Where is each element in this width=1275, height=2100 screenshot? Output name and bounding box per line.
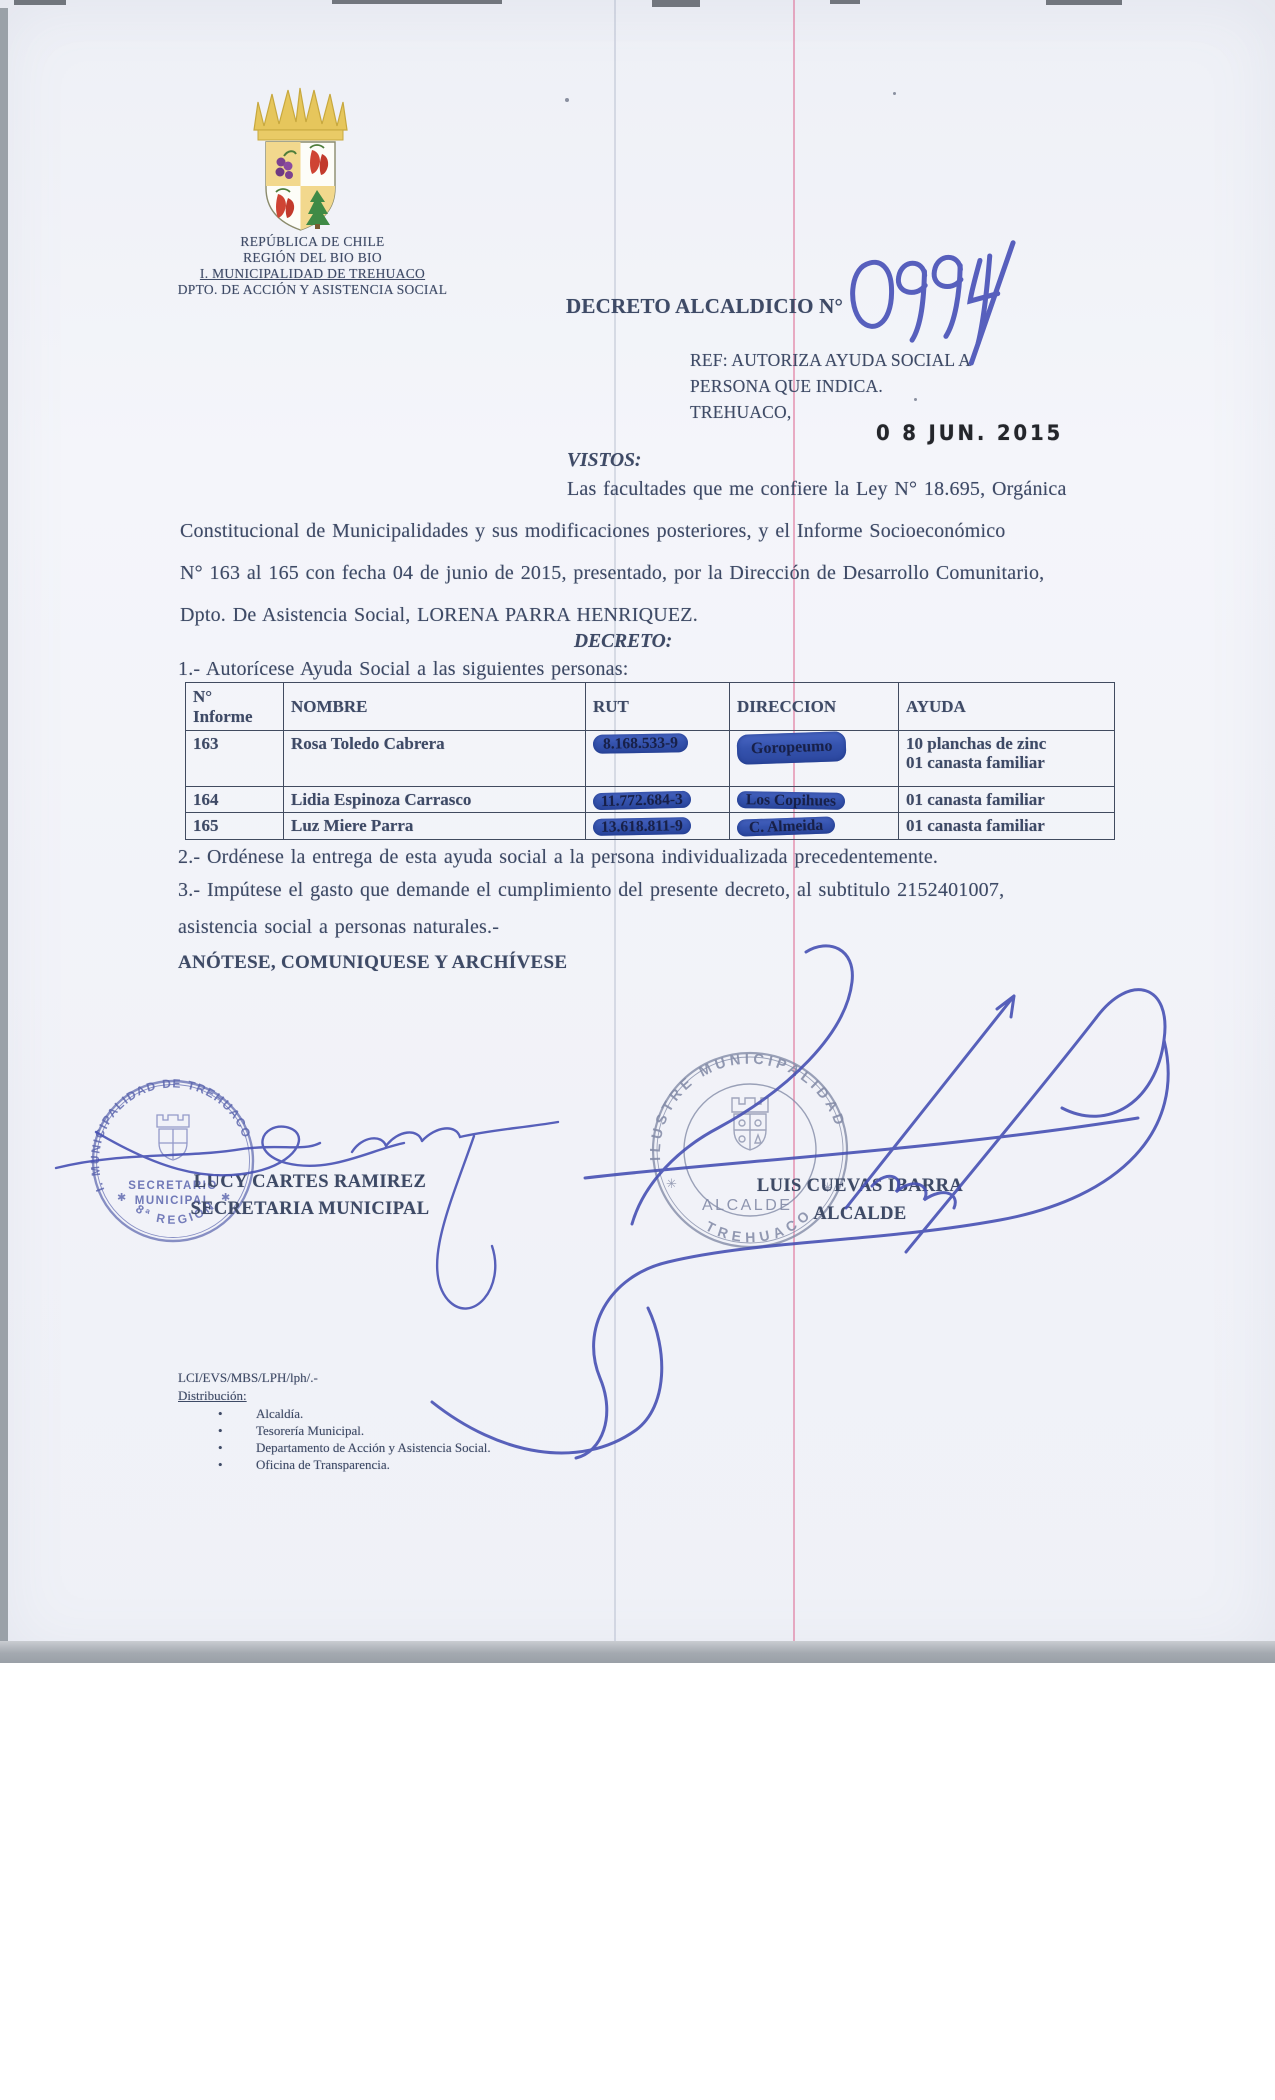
table-row: 163 Rosa Toledo Cabrera 8.168.533-9 Goro… (186, 731, 1115, 787)
table-row: 165 Luz Miere Parra 13.618.811-9 C. Alme… (186, 813, 1115, 840)
decreto-item-3: 3.- Impútese el gasto que demande el cum… (178, 879, 1004, 902)
cell-informe: 164 (186, 787, 284, 813)
date-stamp: 0 8 JUN. 2015 (876, 421, 1063, 445)
decreto-heading: DECRETO: (574, 631, 672, 653)
ref-line-1: REF: AUTORIZA AYUDA SOCIAL A (690, 350, 971, 371)
col-header-rut: RUT (586, 683, 730, 731)
distribution-item: •Alcaldía. (216, 1406, 303, 1422)
scan-speck (893, 92, 896, 95)
scan-speck (565, 98, 569, 102)
distribution-item-label: Oficina de Transparencia. (256, 1457, 390, 1472)
aid-table: N° Informe NOMBRE RUT DIRECCION AYUDA 16… (185, 682, 1115, 840)
cell-rut: 13.618.811-9 (586, 813, 730, 840)
distribution-item: •Oficina de Transparencia. (216, 1457, 390, 1473)
vistos-line: Dpto. De Asistencia Social, LORENA PARRA… (180, 604, 698, 627)
scan-bottom-shadow (0, 1641, 1275, 1663)
redaction-marker: C. Almeida (737, 817, 836, 838)
cell-direccion: Goropeumo (730, 731, 899, 787)
table-row: 164 Lidia Espinoza Carrasco 11.772.684-3… (186, 787, 1115, 813)
redaction-marker: Goropeumo (737, 731, 847, 765)
distribution-item-label: Alcaldía. (256, 1406, 303, 1421)
vistos-line: N° 163 al 165 con fecha 04 de junio de 2… (180, 562, 1044, 585)
bullet-icon: • (216, 1457, 256, 1473)
cell-ayuda: 10 planchas de zinc 01 canasta familiar (899, 731, 1115, 787)
decreto-item-2: 2.- Ordénese la entrega de esta ayuda so… (178, 846, 938, 869)
torn-edge-mark (332, 0, 502, 4)
torn-edge-mark (1046, 0, 1122, 5)
distribution-item: •Tesorería Municipal. (216, 1423, 364, 1439)
col-header-informe-line1: N° (193, 687, 276, 706)
scan-speck (914, 398, 917, 401)
ref-line-2: PERSONA QUE INDICA. (690, 376, 883, 397)
cell-rut: 11.772.684-3 (586, 787, 730, 813)
cell-nombre: Luz Miere Parra (284, 813, 586, 840)
distribution-item-label: Departamento de Acción y Asistencia Soci… (256, 1440, 491, 1455)
bullet-icon: • (216, 1440, 256, 1456)
torn-edge-mark (14, 0, 66, 5)
decreto-item-1: 1.- Autorícese Ayuda Social a las siguie… (178, 658, 628, 681)
rut-value: 13.618.811-9 (601, 818, 683, 836)
direccion-value: C. Almeida (749, 817, 824, 837)
cell-informe: 165 (186, 813, 284, 840)
redaction-marker: 13.618.811-9 (593, 817, 691, 836)
decree-title: DECRETO ALCALDICIO N° (566, 294, 843, 319)
distribution-item-label: Tesorería Municipal. (256, 1423, 364, 1438)
org-line-republica: REPÚBLICA DE CHILE (140, 234, 485, 250)
vistos-line: Las facultades que me confiere la Ley N°… (567, 478, 1067, 501)
secretaria-signature (56, 1122, 558, 1309)
responsibility-initials: LCI/EVS/MBS/LPH/lph/.- (178, 1370, 318, 1386)
bullet-icon: • (216, 1406, 256, 1422)
ayuda-line: 10 planchas de zinc (906, 734, 1107, 753)
direccion-value: Los Copihues (746, 791, 836, 810)
redaction-marker: Los Copihues (737, 791, 845, 810)
cell-informe: 163 (186, 731, 284, 787)
col-header-direccion: DIRECCION (730, 683, 899, 731)
table-header-row: N° Informe NOMBRE RUT DIRECCION AYUDA (186, 683, 1115, 731)
shield-icon (266, 142, 335, 230)
cell-direccion: C. Almeida (730, 813, 899, 840)
scanned-decree-page: REPÚBLICA DE CHILE REGIÓN DEL BIO BIO I.… (0, 0, 1275, 2100)
cell-nombre: Lidia Espinoza Carrasco (284, 787, 586, 813)
vistos-line: Constitucional de Municipalidades y sus … (180, 520, 1005, 543)
direccion-value: Goropeumo (751, 738, 833, 758)
cell-nombre: Rosa Toledo Cabrera (284, 731, 586, 787)
org-line-depto: DPTO. DE ACCIÓN Y ASISTENCIA SOCIAL (140, 282, 485, 298)
col-header-informe-line2: Informe (193, 707, 276, 726)
cell-direccion: Los Copihues (730, 787, 899, 813)
cell-ayuda: 01 canasta familiar (899, 787, 1115, 813)
redaction-marker: 11.772.684-3 (593, 791, 691, 811)
ink-signatures (0, 900, 1275, 1520)
vistos-heading: VISTOS: (567, 450, 641, 472)
crown-icon (254, 88, 347, 140)
torn-edge-mark (830, 0, 860, 4)
rut-value: 8.168.533-9 (603, 734, 678, 752)
rut-value: 11.772.684-3 (601, 791, 683, 810)
redaction-marker: 8.168.533-9 (593, 733, 688, 754)
distribution-label: Distribución: (178, 1388, 247, 1404)
ayuda-line: 01 canasta familiar (906, 753, 1107, 772)
torn-edge-mark (652, 0, 700, 7)
org-line-region: REGIÓN DEL BIO BIO (140, 250, 485, 266)
cell-ayuda: 01 canasta familiar (899, 813, 1115, 840)
alcalde-signature (432, 946, 1168, 1458)
col-header-ayuda: AYUDA (899, 683, 1115, 731)
distribution-item: •Departamento de Acción y Asistencia Soc… (216, 1440, 491, 1456)
col-header-nombre: NOMBRE (284, 683, 586, 731)
bullet-icon: • (216, 1423, 256, 1439)
org-line-municipalidad: I. MUNICIPALIDAD DE TREHUACO (140, 266, 485, 282)
ref-line-3: TREHUACO, (690, 402, 791, 423)
cell-rut: 8.168.533-9 (586, 731, 730, 787)
coat-of-arms (244, 84, 356, 234)
col-header-informe: N° Informe (186, 683, 284, 731)
